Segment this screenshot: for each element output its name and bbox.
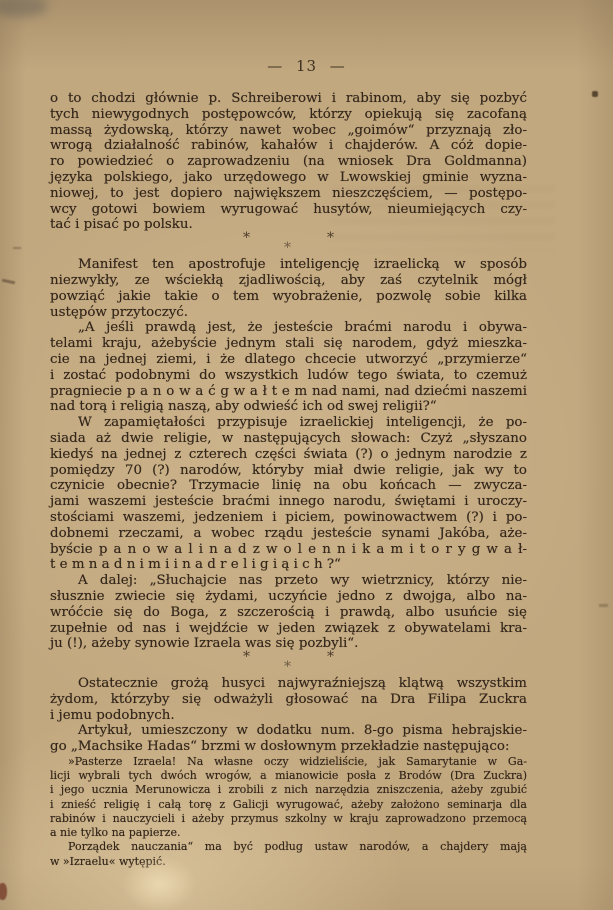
margin-mark <box>2 279 15 285</box>
text-line: „A jeśli prawdą jest, że jesteście braćm… <box>50 320 527 336</box>
text-line: wróćcie się do Boga, z szczerością i pra… <box>50 605 527 621</box>
text-line: Artykuł, umieszczony w dodatku num. 8-go… <box>50 723 527 739</box>
text-line: niowej, to jest dopiero największem nies… <box>50 186 527 202</box>
text-line: a nie tylko na papierze. <box>50 826 527 840</box>
text-line: go „Machsike Hadas“ brzmi w dosłownym pr… <box>50 739 527 755</box>
text-line: byście p a n o w a l i n a d z w o l e n… <box>50 542 527 558</box>
text-line: zupełnie od nas i wejdźcie w jeden związ… <box>50 621 527 637</box>
text-line: t e m n a d n i m i i n a d r e l i g i … <box>50 557 527 573</box>
ink-dot <box>592 91 598 97</box>
asterisk-glyph: * <box>243 649 250 665</box>
scanned-page: — 13 — o to chodzi głównie p. Schreibero… <box>0 0 613 910</box>
text-line: kiedyś na jednej z czterech części świat… <box>50 447 527 463</box>
asterisk-glyph: * <box>243 230 250 246</box>
text-line: siada aż dwie religie, w następujących s… <box>50 431 527 447</box>
text-line: licji wybrali tych dwóch wrogów, a miano… <box>50 769 527 783</box>
text-line: pragniecie p a n o w a ć g w a ł t e m n… <box>50 384 527 400</box>
text-line: i zostać podobnymi do wszystkich ludów t… <box>50 368 527 384</box>
asterism-separator: *** <box>50 233 527 257</box>
asterisk-glyph: * <box>284 659 291 675</box>
paragraph: W zapamiętałości przypisuje izraelickiej… <box>50 415 527 573</box>
text-line: W zapamiętałości przypisuje izraelickiej… <box>50 415 527 431</box>
paragraph: Porządek nauczania“ ma być podług ustaw … <box>50 840 527 868</box>
text-line: tać i pisać po polsku. <box>50 217 527 233</box>
paragraph: »Pasterze Izraela! Na własne oczy widzie… <box>50 755 527 840</box>
ink-spot <box>0 883 7 900</box>
text-line: pomiędzy 70 (?) narodów, któryby miał dw… <box>50 463 527 479</box>
text-line: powziąć jakie takie o tem wyobrażenie, p… <box>50 289 527 305</box>
text-line: i jego ucznia Merunowicza i zrobili z ni… <box>50 783 527 797</box>
asterism-separator: *** <box>50 652 527 676</box>
text-line: »Pasterze Izraela! Na własne oczy widzie… <box>50 755 527 769</box>
text-line: Ostatecznie grożą husyci najwyraźniejszą… <box>50 676 527 692</box>
text-line: tych niewygodnych postępowców, którzy op… <box>50 107 527 123</box>
text-line: i znieść religię i całą torę z Galicji w… <box>50 798 527 812</box>
text-line: Manifest ten apostrofuje inteligencję iz… <box>50 257 527 273</box>
text-line: cie na jednej ziemi, i że dlatego chceci… <box>50 352 527 368</box>
text-line: czynicie obecnie? Trzymacie linię na obu… <box>50 478 527 494</box>
asterisk-glyph: * <box>284 240 291 256</box>
text-line: słusznie zwiecie się żydami, uczyńcie je… <box>50 589 527 605</box>
text-line: A dalej: „Słuchajcie nas przeto wy wietr… <box>50 573 527 589</box>
text-line: ro powiedzieć o zaprowadzeniu (na wniose… <box>50 154 527 170</box>
text-line: w »Izraelu« wytępić. <box>50 855 527 869</box>
text-line: Porządek nauczania“ ma być podług ustaw … <box>50 840 527 854</box>
paragraph: A dalej: „Słuchajcie nas przeto wy wietr… <box>50 573 527 652</box>
paragraph: o to chodzi głównie p. Schreiberowi i ra… <box>50 91 527 233</box>
text-line: o to chodzi głównie p. Schreiberowi i ra… <box>50 91 527 107</box>
page-number: — 13 — <box>0 57 613 75</box>
text-line: żydom, którzyby się odważyli głosować na… <box>50 692 527 708</box>
text-line: jami waszemi jesteście braćmi innego nar… <box>50 494 527 510</box>
text-line: i jemu podobnych. <box>50 708 527 724</box>
ink-speck <box>599 604 608 607</box>
text-line: ustępów przytoczyć. <box>50 305 527 321</box>
margin-mark <box>13 247 21 249</box>
text-line: massą żydowską, którzy nawet wobec „goim… <box>50 123 527 139</box>
text-line: dobnemi rzeczami, a wobec rządu jesteści… <box>50 526 527 542</box>
text-line: nad torą i religią naszą, aby odwieść ic… <box>50 399 527 415</box>
paragraph: Artykuł, umieszczony w dodatku num. 8-go… <box>50 723 527 755</box>
text-line: wrogą działalność rabinów, kahałów i cha… <box>50 138 527 154</box>
paragraph: Ostatecznie grożą husyci najwyraźniejszą… <box>50 676 527 723</box>
asterisk-glyph: * <box>327 230 334 246</box>
text-line: niezwykły, ze wściekłą zjadliwością, aby… <box>50 273 527 289</box>
text-line: języka polskiego, jako urzędowego w Lwow… <box>50 170 527 186</box>
paragraph: „A jeśli prawdą jest, że jesteście braćm… <box>50 320 527 415</box>
text-column: o to chodzi głównie p. Schreiberowi i ra… <box>50 91 527 869</box>
corner-smudge <box>0 0 48 17</box>
paragraph: Manifest ten apostrofuje inteligencję iz… <box>50 257 527 320</box>
text-line: telami kraju, ażebyście jednym stali się… <box>50 336 527 352</box>
text-line: ju (!), ażeby synowie Izraela was się po… <box>50 636 527 652</box>
text-line: stościami waszemi, jedzeniem i piciem, p… <box>50 510 527 526</box>
asterisk-glyph: * <box>327 649 334 665</box>
text-line: rabinów i nauczycieli i ażeby przymus sz… <box>50 812 527 826</box>
text-line: wcy gotowi bowiem wyrugować husytów, nie… <box>50 202 527 218</box>
